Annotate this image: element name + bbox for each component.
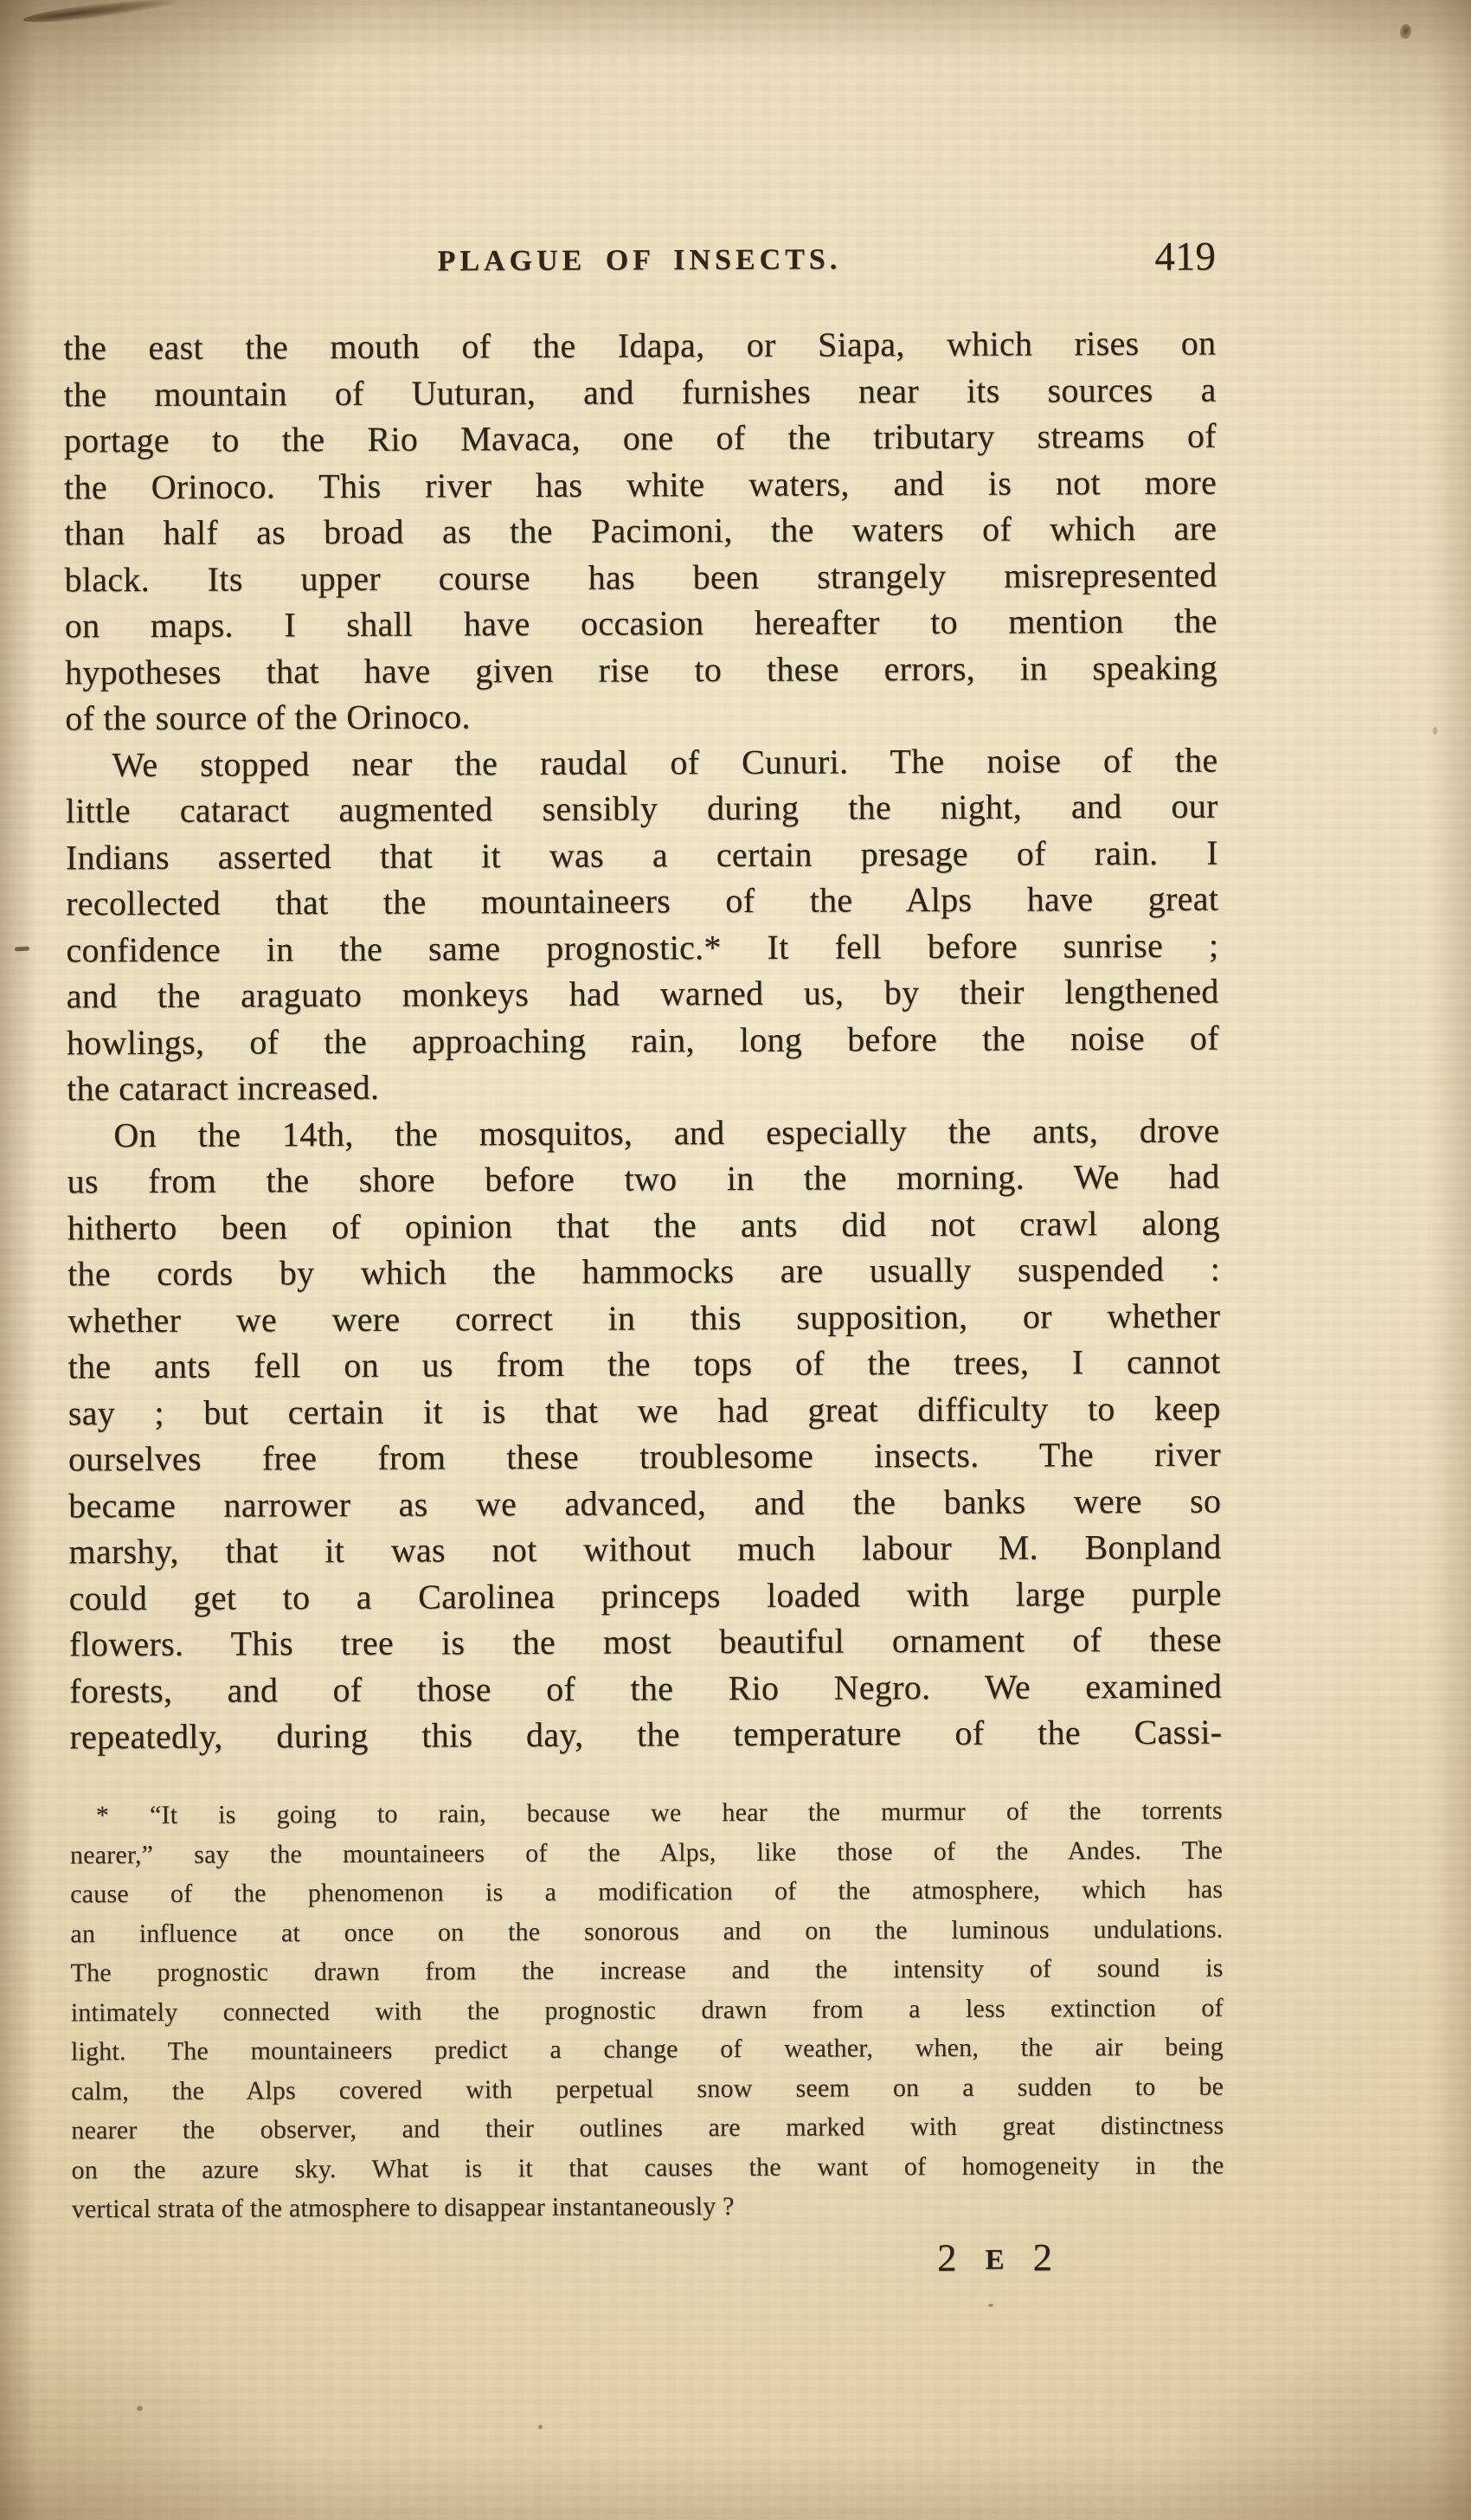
text-line: little cataract augmented sensibly durin… xyxy=(66,783,1218,834)
page-header-title: PLAGUE OF INSECTS. xyxy=(63,242,1216,280)
footnote-text: * “It is going to rain, because we hear … xyxy=(70,1791,1224,2229)
text-line: We stopped near the raudal of Cunuri. Th… xyxy=(65,736,1217,787)
scan-speck xyxy=(1433,727,1437,735)
footnote-line: * “It is going to rain, because we hear … xyxy=(70,1791,1223,1835)
footnote-line: on the azure sky. What is it that causes… xyxy=(71,2145,1224,2189)
text-line: recollected that the mountaineers of the… xyxy=(66,876,1218,927)
footnote-line: The prognostic drawn from the increase a… xyxy=(70,1949,1223,1993)
footnote-line: nearer,” say the mountaineers of the Alp… xyxy=(70,1830,1223,1874)
text-line: say ; but certain it is that we had grea… xyxy=(68,1385,1221,1436)
footnote-line: nearer the observer, and their outlines … xyxy=(71,2106,1224,2150)
footnote-line: light. The mountaineers predict a change… xyxy=(71,2028,1224,2072)
signature-right: 2 xyxy=(1032,2234,1052,2279)
text-line: On the 14th, the mosquitos, and especial… xyxy=(67,1107,1219,1158)
footnote-line: an influence at once on the sonorous and… xyxy=(70,1909,1223,1953)
text-line: could get to a Carolinea princeps loaded… xyxy=(69,1570,1222,1621)
signature-mid: E xyxy=(985,2239,1004,2276)
text-line: flowers. This tree is the most beautiful… xyxy=(69,1617,1222,1668)
text-line: confidence in the same prognostic.* It f… xyxy=(66,922,1218,973)
text-line: became narrower as we advanced, and the … xyxy=(68,1477,1221,1528)
footnote-line: cause of the phenomenon is a modificatio… xyxy=(70,1870,1223,1914)
text-line: the Orinoco. This river has white waters… xyxy=(64,459,1217,510)
signature-left: 2 xyxy=(937,2235,957,2280)
text-line: marshy, that it was not without much lab… xyxy=(68,1524,1221,1575)
book-page: PLAGUE OF INSECTS. 419 the east the mout… xyxy=(0,0,1471,2520)
footnote-line: intimately connected with the prognostic… xyxy=(71,1988,1224,2032)
text-line: ourselves free from these troublesome in… xyxy=(68,1431,1221,1482)
text-line: hypotheses that have given rise to these… xyxy=(65,644,1217,695)
text-line: the mountain of Uuturan, and furnishes n… xyxy=(64,366,1217,417)
text-line: whether we were correct in this supposit… xyxy=(67,1292,1220,1343)
text-line: the cataract increased. xyxy=(67,1061,1219,1112)
signature-mark: 2 E 2 xyxy=(937,2234,1052,2280)
text-line: of the source of the Orinoco. xyxy=(65,691,1217,742)
text-line: portage to the Rio Mavaca, one of the tr… xyxy=(64,413,1217,464)
scan-speck xyxy=(988,2304,993,2307)
text-line: the ants fell on us from the tops of the… xyxy=(67,1339,1220,1390)
text-line: than half as broad as the Pacimoni, the … xyxy=(64,505,1217,556)
scan-speck xyxy=(137,2406,143,2411)
text-line: us from the shore before two in the morn… xyxy=(67,1154,1219,1205)
text-line: forests, and of those of the Rio Negro. … xyxy=(69,1662,1222,1713)
running-head: PLAGUE OF INSECTS. 419 xyxy=(63,237,1216,287)
page-number: 419 xyxy=(1154,234,1216,280)
text-line: the east the mouth of the Idapa, or Siap… xyxy=(63,320,1216,371)
text-line: the cords by which the hammocks are usua… xyxy=(67,1246,1220,1297)
text-line: repeatedly, during this day, the tempera… xyxy=(69,1709,1222,1760)
text-line: on maps. I shall have occasion hereafter… xyxy=(65,598,1217,649)
text-line: Indians asserted that it was a certain p… xyxy=(66,829,1218,880)
text-line: black. Its upper course has been strange… xyxy=(64,551,1217,602)
footnote-line: vertical strata of the atmosphere to dis… xyxy=(72,2185,1224,2229)
body-text: the east the mouth of the Idapa, or Siap… xyxy=(63,320,1222,1760)
text-line: howlings, of the approaching rain, long … xyxy=(67,1014,1219,1065)
text-line: and the araguato monkeys had warned us, … xyxy=(67,968,1219,1019)
page-content: PLAGUE OF INSECTS. 419 the east the mout… xyxy=(0,0,1471,2520)
footnote-line: calm, the Alps covered with perpetual sn… xyxy=(71,2067,1224,2111)
scan-speck xyxy=(538,2425,543,2429)
text-line: hitherto been of opinion that the ants d… xyxy=(67,1199,1220,1250)
